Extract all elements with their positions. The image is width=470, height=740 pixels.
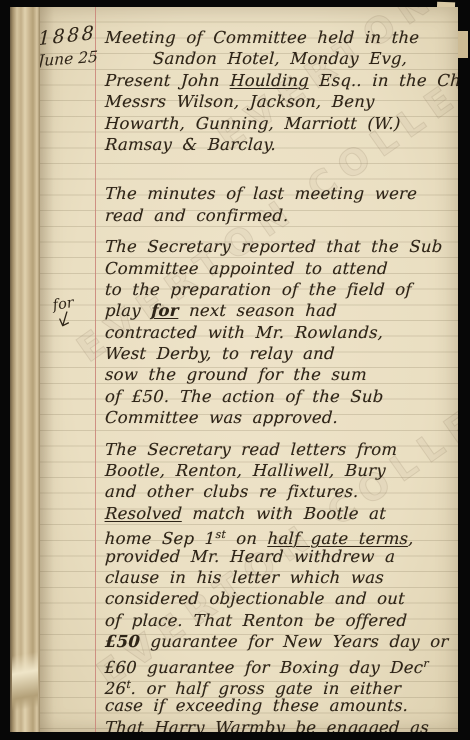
minute-line: provided Mr. Heard withdrew a: [104, 546, 458, 567]
minute-line: sow the ground for the sum: [104, 364, 458, 385]
insertion-word: for: [52, 295, 75, 314]
minute-line: Ramsay & Barclay.: [104, 134, 458, 155]
minute-line: Sandon Hotel, Monday Evg,: [104, 48, 458, 69]
resolved-word: Resolved: [105, 504, 183, 523]
minute-line: The Secretary reported that the Sub: [104, 236, 458, 257]
minute-line: home Sep 1st on half gate terms,: [104, 524, 458, 545]
text-seg: play: [105, 301, 152, 320]
minute-line: Messrs Wilson, Jackson, Beny: [104, 91, 458, 112]
minute-line: of £50. The action of the Sub: [104, 386, 458, 407]
margin-insertion-note: for: [52, 294, 96, 330]
minute-line: considered objectionable and out: [104, 588, 458, 609]
minute-line: £60 guarantee for Boxing day Decr: [104, 653, 458, 674]
margin-date: 1888 June 25: [40, 25, 96, 68]
underlined-name: Houlding: [230, 71, 310, 90]
minute-line: West Derby, to relay and: [104, 343, 458, 364]
minute-line: contracted with Mr. Rowlands,: [104, 322, 458, 343]
notebook-page: EVERTON COLLECTION EVERTON COLLECTION EV…: [40, 7, 458, 732]
page-fragment: [458, 31, 468, 58]
minute-line: Committee appointed to attend: [104, 258, 458, 279]
minute-line: The Secretary read letters from: [104, 439, 458, 460]
minute-line: £50 guarantee for New Years day or: [104, 631, 458, 652]
inserted-word: for: [151, 301, 179, 320]
minute-line: Howarth, Gunning, Marriott (W.): [104, 113, 458, 134]
minute-line: of place. That Renton be offered: [104, 610, 458, 631]
page-corner-highlight: [12, 606, 38, 726]
minute-line: case if exceeding these amounts.: [104, 695, 458, 716]
minute-line: Resolved match with Bootle at: [104, 503, 458, 524]
minute-line: Bootle, Renton, Halliwell, Bury: [104, 460, 458, 481]
book-binding-edge: [10, 7, 40, 732]
amount: £50: [105, 632, 141, 651]
text-seg: match with Bootle at: [182, 504, 387, 523]
text-seg: Esq.. in the Chair: [309, 71, 458, 90]
minute-line: 26t. or half gross gate in either: [104, 674, 458, 695]
text-seg: guarantee for New Years day or: [140, 632, 449, 651]
minute-book-photo: { "page": { "kind": "Handwritten committ…: [0, 0, 470, 740]
date-day: June 25: [40, 48, 96, 70]
red-margin-rule: [95, 7, 96, 732]
text-seg: Present John: [105, 71, 231, 90]
text-seg: next season had: [178, 301, 337, 320]
minute-line: play for next season had: [104, 300, 458, 321]
minute-line: Present John Houlding Esq.. in the Chair: [104, 70, 458, 91]
minute-line: Meeting of Committee held in the: [104, 27, 458, 48]
minute-line: clause in his letter which was: [104, 567, 458, 588]
insertion-caret-icon: [56, 311, 72, 331]
date-year: 1888: [40, 22, 96, 50]
minute-line: and other clubs re fixtures.: [104, 481, 458, 502]
minute-line: read and confirmed.: [104, 205, 458, 226]
minutes-text: Meeting of Committee held in the Sandon …: [105, 27, 458, 732]
minute-line: to the preparation of the field of: [104, 279, 458, 300]
minute-line: Committee was approved.: [104, 407, 458, 428]
minute-line: The minutes of last meeting were: [104, 183, 458, 204]
superscript: r: [423, 657, 429, 670]
minute-line: That Harry Warmby be engaged as: [104, 717, 458, 732]
